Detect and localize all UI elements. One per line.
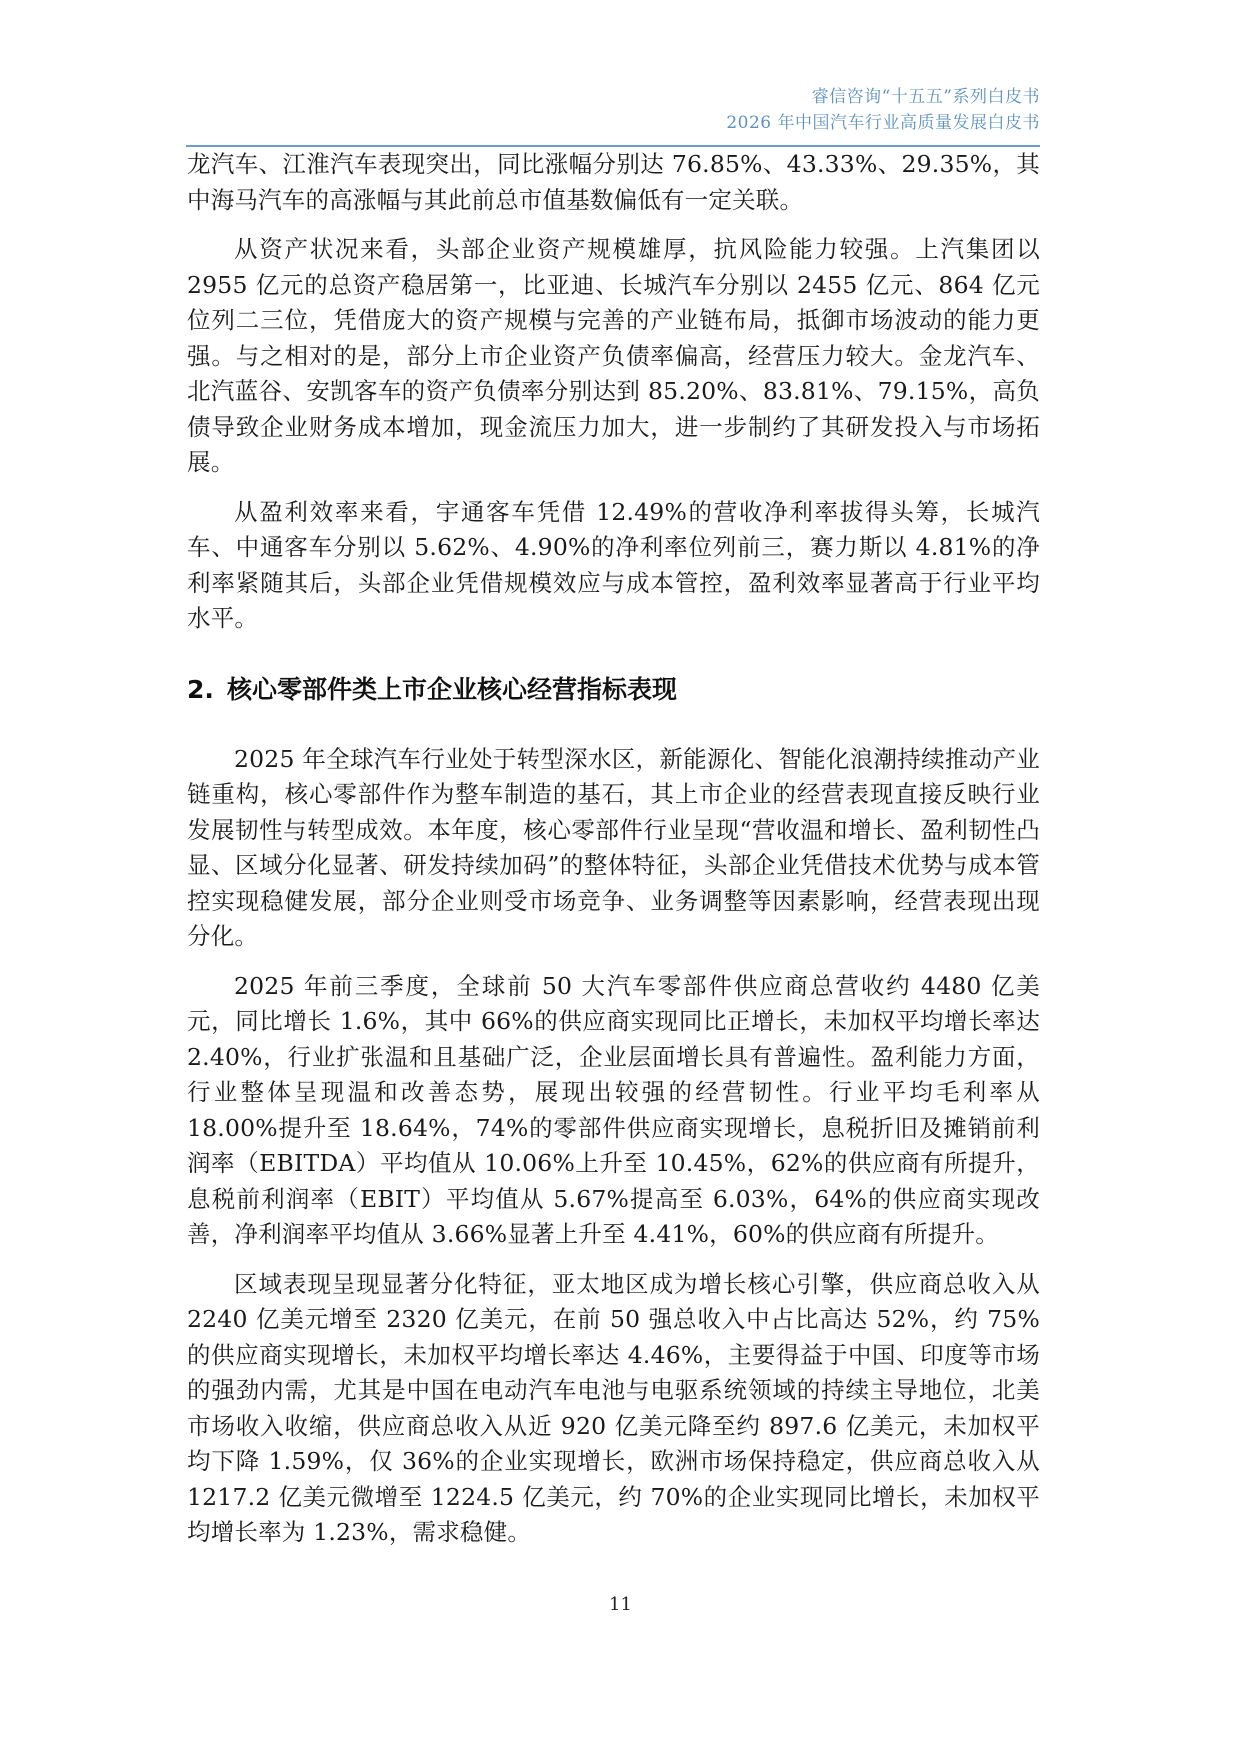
body-paragraph-q3-revenue: 2025 年前三季度，全球前 50 大汽车零部件供应商总营收约 4480 亿美元…	[187, 969, 1040, 1253]
body-paragraph-assets: 从资产状况来看，头部企业资产规模雄厚，抗风险能力较强。上汽集团以 2955 亿元…	[187, 232, 1040, 481]
body-paragraph-regional: 区域表现呈现显著分化特征，亚太地区成为增长核心引擎，供应商总收入从 2240 亿…	[187, 1267, 1040, 1551]
body-paragraph-profitability: 从盈利效率来看，宇通客车凭借 12.49%的营收净利率拔得头筹，长城汽车、中通客…	[187, 495, 1040, 637]
section-number: 2.	[187, 673, 227, 707]
header-series-title: 睿信咨询“十五五”系列白皮书	[186, 84, 1040, 110]
body-paragraph-continued: 龙汽车、江淮汽车表现突出，同比涨幅分别达 76.85%、43.33%、29.35…	[187, 147, 1040, 218]
section-title: 核心零部件类上市企业核心经营指标表现	[227, 675, 677, 704]
section-heading: 2.核心零部件类上市企业核心经营指标表现	[187, 673, 1040, 707]
page-number: 11	[0, 1594, 1241, 1615]
header-report-title: 2026 年中国汽车行业高质量发展白皮书	[186, 110, 1040, 136]
page-body: 龙汽车、江淮汽车表现突出，同比涨幅分别达 76.85%、43.33%、29.35…	[187, 147, 1040, 1551]
body-paragraph-industry-overview: 2025 年全球汽车行业处于转型深水区，新能源化、智能化浪潮持续推动产业链重构，…	[187, 742, 1040, 955]
page-header: 睿信咨询“十五五”系列白皮书 2026 年中国汽车行业高质量发展白皮书	[186, 84, 1040, 136]
